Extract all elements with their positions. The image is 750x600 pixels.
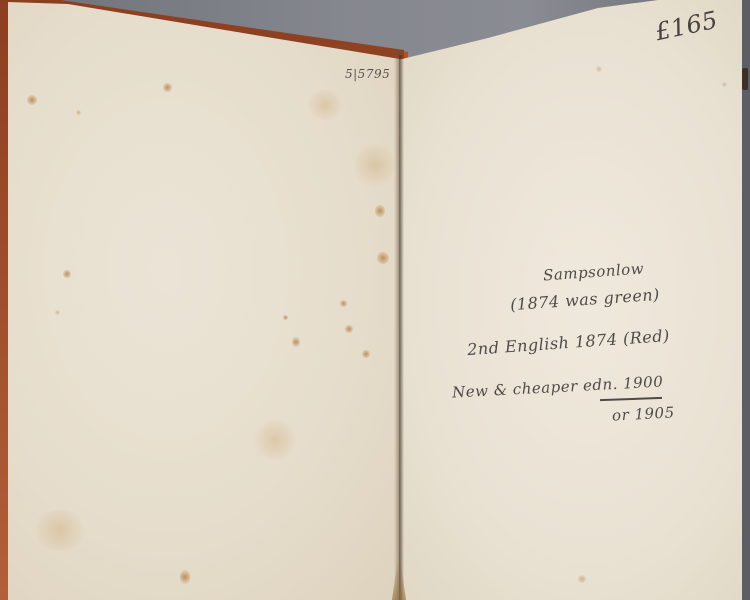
foxing-spot [340, 300, 347, 307]
book-gutter [394, 55, 404, 600]
foxing-spot [76, 110, 81, 115]
foxing-spot [375, 205, 385, 217]
foxing-spot [292, 337, 300, 347]
book-photo: 5|5795 £165 Sampsonlow (1874 was green) … [0, 0, 750, 600]
foxing-spot [578, 575, 586, 583]
foxing-spot [27, 95, 37, 105]
alternate-year-note: or 1905 [612, 403, 676, 424]
foxing-spot [283, 315, 288, 320]
foxing-spot [377, 252, 389, 264]
foxing-spot [722, 82, 727, 87]
foxing-stain [305, 90, 345, 120]
foxing-spot [180, 570, 190, 584]
foxing-spot [163, 83, 172, 92]
page-edge-tear [742, 68, 748, 90]
catalog-code-annotation: 5|5795 [345, 67, 390, 81]
foxing-stain [250, 420, 300, 460]
foxing-spot [55, 310, 60, 315]
foxing-spot [345, 325, 353, 333]
foxing-stain [355, 140, 395, 190]
foxing-spot [596, 66, 602, 72]
foxing-spot [63, 270, 71, 278]
foxing-spot [362, 350, 370, 358]
foxing-stain [30, 510, 90, 550]
